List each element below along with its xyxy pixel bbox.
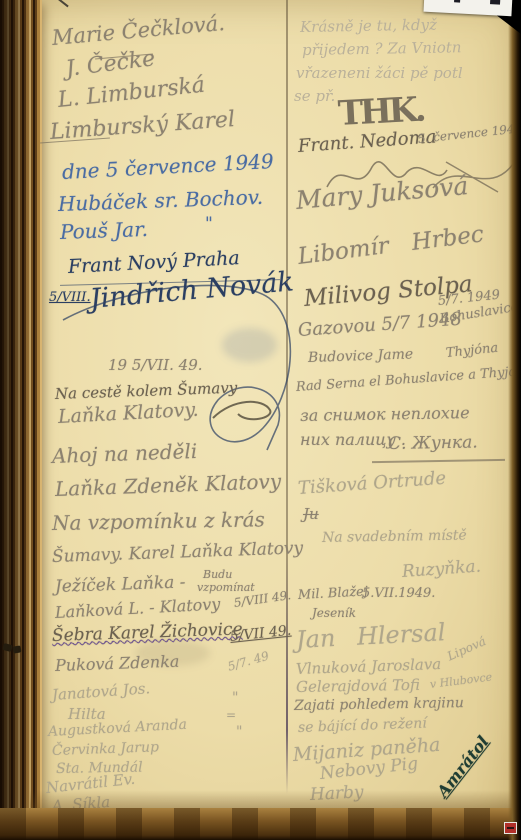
message-entry: Ahoj na neděli (52, 439, 198, 468)
message-line: se př. (294, 87, 335, 105)
message-entry: Budu (203, 568, 232, 581)
binding-mark (12, 645, 21, 653)
book-cover-edge (0, 808, 521, 840)
ditto-mark: " (232, 690, 238, 706)
signature-entry: Gelerajdová Tofi (296, 676, 420, 696)
message-line: за снимок неплохие (300, 403, 470, 425)
red-scan-artifact (504, 822, 517, 834)
ditto-mark: " (236, 724, 242, 740)
scrap-print-mark (454, 0, 460, 3)
ditto-mark: " (205, 214, 213, 234)
scan-edge (508, 0, 521, 840)
message-line: vřazeneni žáci pě potl (296, 64, 463, 82)
message-entry: Na svadebním místě (322, 527, 467, 546)
signature-entry: С. Жунка. (388, 432, 478, 454)
signature-flourish (208, 396, 278, 426)
ditto-mark: = (226, 708, 236, 722)
signature-entry: Pouš Jar. (60, 217, 149, 244)
message-line: přijedem ? Za Vniotn (302, 38, 462, 59)
guestbook-scan: Marie Čečklová. J. Čečke L. Limburská Li… (0, 0, 521, 840)
date-entry: 19 5/VII. 49. (108, 356, 203, 374)
book-binding (0, 0, 42, 840)
message-entry: Na vzpomínku z krás (52, 507, 265, 535)
scrap-print-mark (490, 0, 500, 5)
place-note: Jeseník (312, 606, 356, 620)
message-line: Krásně je tu, když (300, 16, 437, 36)
crossed-out-entry: Ju (303, 505, 319, 523)
message-line: Zajati pohledem krajinu (294, 695, 464, 714)
date-note: 5.VII.1949. (362, 586, 435, 601)
message-entry: vzpomínat (197, 581, 255, 594)
